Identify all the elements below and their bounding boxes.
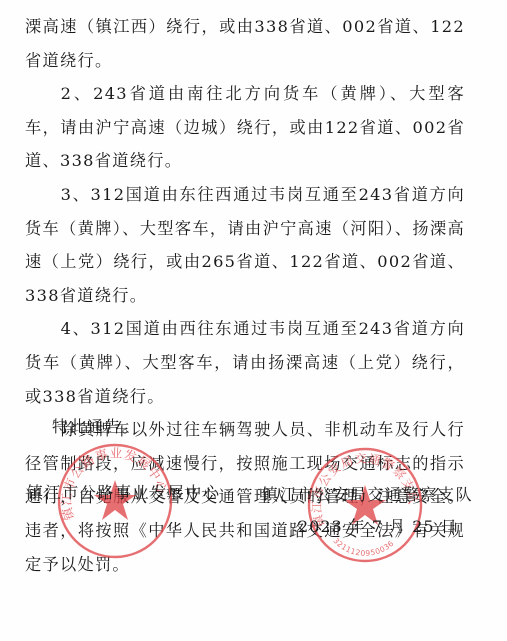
notice-document-page: 溧高速（镇江西）绕行，或由338省道、002省道、122省道绕行。 2、243省… — [0, 0, 507, 641]
official-seal-right-icon: 镇江市公安局交通警察支队 3211120950036 — [306, 445, 424, 565]
closing-statement: 特此通告。 — [52, 414, 140, 437]
signature-highway-development-center: 镇江市公路事业发展中心 — [27, 480, 221, 503]
paragraph-route-2: 2、243省道由南往北方向货车（黄牌）、大型客车，请由沪宁高速（边城）绕行，或由… — [25, 77, 465, 178]
paragraph-route-4: 4、312国道由西往东通过韦岗互通至243省道方向货车（黄牌）、大型客车，请由扬… — [25, 312, 465, 413]
signature-traffic-police-detachment: 镇江市公安局交通警察支队 — [262, 482, 473, 505]
issue-date: 2023 年 7 月 25 日 — [298, 514, 458, 537]
paragraph-route-3: 3、312国道由东往西通过韦岗互通至243省道方向货车（黄牌）、大型客车，请由沪… — [25, 178, 465, 312]
paragraph-route-1-continued: 溧高速（镇江西）绕行，或由338省道、002省道、122省道绕行。 — [25, 10, 465, 77]
